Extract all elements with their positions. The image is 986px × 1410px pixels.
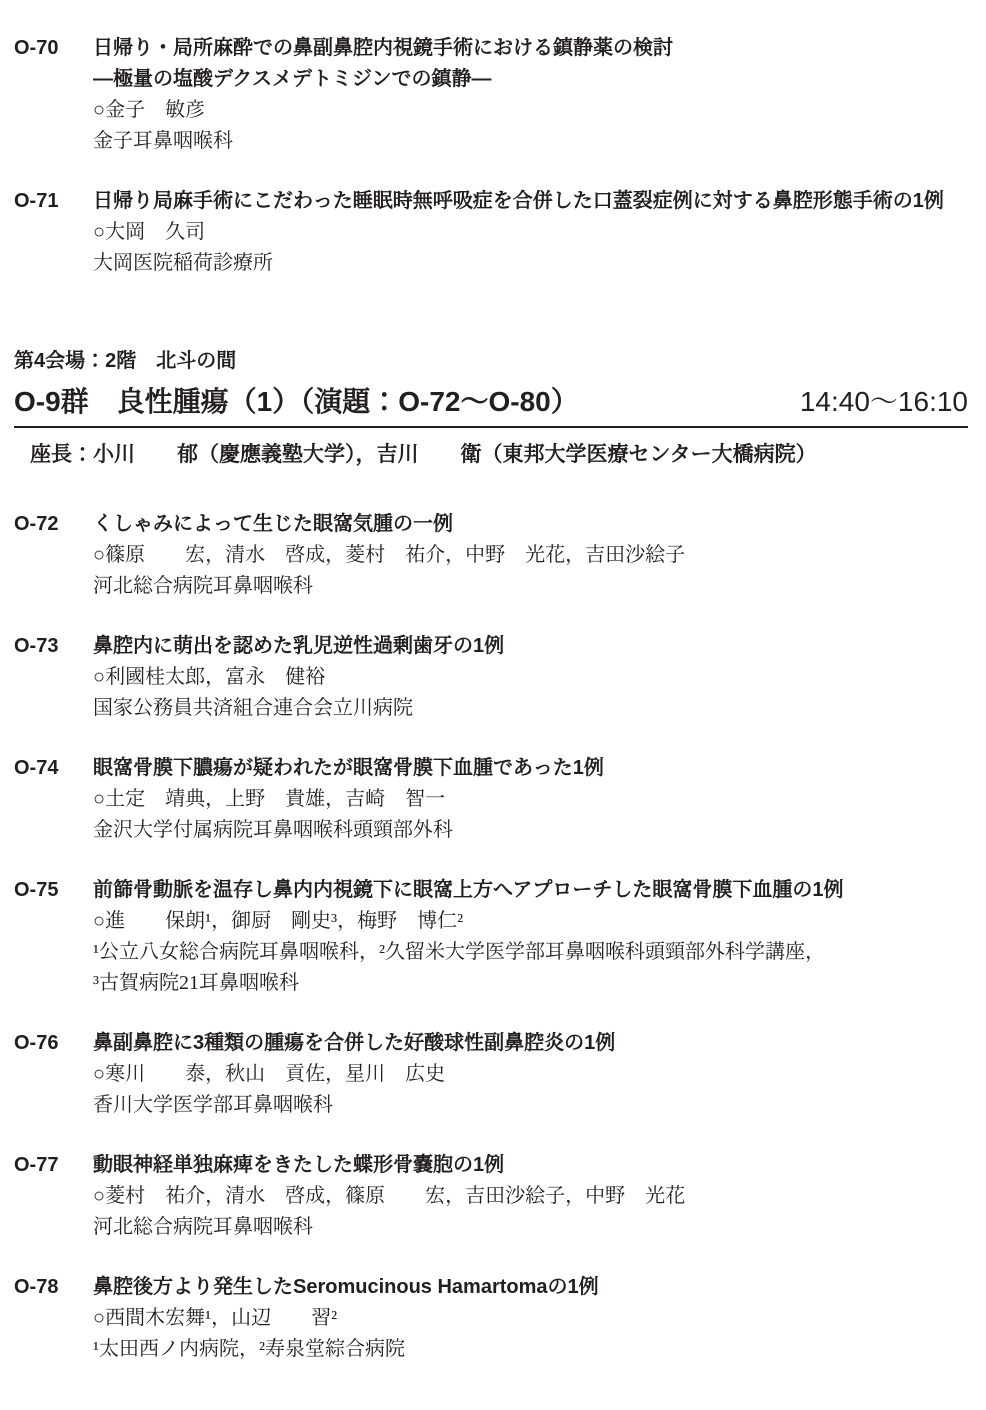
program-entry-o74: O-74 眼窩骨膜下膿瘍が疑われたが眼窩骨膜下血腫であった1例 ○土定 靖典，上… bbox=[14, 753, 968, 846]
entry-number: O-72 bbox=[14, 509, 93, 540]
program-page: O-70 日帰り・局所麻酔での鼻副鼻腔内視鏡手術における鎮静薬の検討 ―極量の塩… bbox=[0, 0, 986, 1410]
entry-affiliation-2: ³古賀病院21耳鼻咽喉科 bbox=[93, 968, 968, 999]
entry-affiliation: 国家公務員共済組合連合会立川病院 bbox=[93, 693, 968, 724]
entry-affiliation: ¹公立八女総合病院耳鼻咽喉科，²久留米大学医学部耳鼻咽喉科頭頸部外科学講座， bbox=[93, 937, 968, 968]
entry-subtitle: ―極量の塩酸デクスメデトミジンでの鎮静― bbox=[93, 64, 968, 95]
program-entry-o71: O-71 日帰り局麻手術にこだわった睡眠時無呼吸症を合併した口蓋裂症例に対する鼻… bbox=[14, 186, 968, 279]
entry-number: O-71 bbox=[14, 186, 93, 217]
entry-number: O-70 bbox=[14, 33, 93, 64]
entry-body: 鼻腔内に萌出を認めた乳児逆性過剰歯牙の1例 ○利國桂太郎，富永 健裕 国家公務員… bbox=[93, 631, 968, 724]
entry-presenters: ○土定 靖典，上野 貴雄，吉崎 智一 bbox=[93, 784, 968, 815]
entry-title: 日帰り・局所麻酔での鼻副鼻腔内視鏡手術における鎮静薬の検討 bbox=[93, 33, 968, 64]
program-entry-o75: O-75 前篩骨動脈を温存し鼻内内視鏡下に眼窩上方へアプローチした眼窩骨膜下血腫… bbox=[14, 875, 968, 999]
entry-number: O-77 bbox=[14, 1150, 93, 1181]
entry-body: 前篩骨動脈を温存し鼻内内視鏡下に眼窩上方へアプローチした眼窩骨膜下血腫の1例 ○… bbox=[93, 875, 968, 999]
entry-number: O-73 bbox=[14, 631, 93, 662]
entry-body: くしゃみによって生じた眼窩気腫の一例 ○篠原 宏，清水 啓成，菱村 祐介，中野 … bbox=[93, 509, 968, 602]
session-title-row: O-9群 良性腫瘍（1）（演題：O-72～O-80） 14:40～16:10 bbox=[14, 386, 968, 418]
entry-title: 日帰り局麻手術にこだわった睡眠時無呼吸症を合併した口蓋裂症例に対する鼻腔形態手術… bbox=[93, 186, 968, 217]
entry-body: 日帰り局麻手術にこだわった睡眠時無呼吸症を合併した口蓋裂症例に対する鼻腔形態手術… bbox=[93, 186, 968, 279]
session-divider bbox=[14, 426, 968, 428]
entry-body: 鼻腔後方より発生したSeromucinous Hamartomaの1例 ○西間木… bbox=[93, 1272, 968, 1365]
entry-number: O-76 bbox=[14, 1028, 93, 1059]
entry-presenters: ○金子 敏彦 bbox=[93, 95, 968, 126]
entry-presenters: ○菱村 祐介，清水 啓成，篠原 宏，吉田沙絵子，中野 光花 bbox=[93, 1181, 968, 1212]
entry-title: 前篩骨動脈を温存し鼻内内視鏡下に眼窩上方へアプローチした眼窩骨膜下血腫の1例 bbox=[93, 875, 968, 906]
entry-presenters: ○進 保朗¹，御厨 剛史³，梅野 博仁² bbox=[93, 906, 968, 937]
entry-presenters: ○利國桂太郎，富永 健裕 bbox=[93, 662, 968, 693]
entry-affiliation: 金沢大学付属病院耳鼻咽喉科頭頸部外科 bbox=[93, 815, 968, 846]
program-entry-o73: O-73 鼻腔内に萌出を認めた乳児逆性過剰歯牙の1例 ○利國桂太郎，富永 健裕 … bbox=[14, 631, 968, 724]
entry-presenters: ○寒川 泰，秋山 貢佐，星川 広史 bbox=[93, 1059, 968, 1090]
entry-body: 日帰り・局所麻酔での鼻副鼻腔内視鏡手術における鎮静薬の検討 ―極量の塩酸デクスメ… bbox=[93, 33, 968, 157]
entry-affiliation: 河北総合病院耳鼻咽喉科 bbox=[93, 1212, 968, 1243]
entry-number: O-75 bbox=[14, 875, 93, 906]
entry-presenters: ○大岡 久司 bbox=[93, 217, 968, 248]
session-header: 第4会場：2階 北斗の間 O-9群 良性腫瘍（1）（演題：O-72～O-80） … bbox=[14, 308, 968, 469]
program-entry-o72: O-72 くしゃみによって生じた眼窩気腫の一例 ○篠原 宏，清水 啓成，菱村 祐… bbox=[14, 509, 968, 602]
entry-affiliation: 金子耳鼻咽喉科 bbox=[93, 126, 968, 157]
entry-presenters: ○西間木宏舞¹，山辺 習² bbox=[93, 1303, 968, 1334]
session-time: 14:40～16:10 bbox=[800, 386, 968, 418]
entry-number: O-74 bbox=[14, 753, 93, 784]
session-title: O-9群 良性腫瘍（1）（演題：O-72～O-80） bbox=[14, 386, 579, 418]
program-entry-o78: O-78 鼻腔後方より発生したSeromucinous Hamartomaの1例… bbox=[14, 1272, 968, 1365]
entry-title: くしゃみによって生じた眼窩気腫の一例 bbox=[93, 509, 968, 540]
entry-body: 動眼神経単独麻痺をきたした蝶形骨嚢胞の1例 ○菱村 祐介，清水 啓成，篠原 宏，… bbox=[93, 1150, 968, 1243]
entry-title: 鼻副鼻腔に3種類の腫瘍を合併した好酸球性副鼻腔炎の1例 bbox=[93, 1028, 968, 1059]
entry-title: 動眼神経単独麻痺をきたした蝶形骨嚢胞の1例 bbox=[93, 1150, 968, 1181]
program-entry-o70: O-70 日帰り・局所麻酔での鼻副鼻腔内視鏡手術における鎮静薬の検討 ―極量の塩… bbox=[14, 33, 968, 157]
entry-affiliation: 大岡医院稲荷診療所 bbox=[93, 248, 968, 279]
session-chairs: 座長：小川 郁（慶應義塾大学），吉川 衛（東邦大学医療センター大橋病院） bbox=[14, 441, 968, 469]
entry-title: 鼻腔後方より発生したSeromucinous Hamartomaの1例 bbox=[93, 1272, 968, 1303]
program-entry-o76: O-76 鼻副鼻腔に3種類の腫瘍を合併した好酸球性副鼻腔炎の1例 ○寒川 泰，秋… bbox=[14, 1028, 968, 1121]
entry-affiliation: ¹太田西ノ内病院，²寿泉堂綜合病院 bbox=[93, 1334, 968, 1365]
entry-title: 眼窩骨膜下膿瘍が疑われたが眼窩骨膜下血腫であった1例 bbox=[93, 753, 968, 784]
entry-number: O-78 bbox=[14, 1272, 93, 1303]
entry-affiliation: 香川大学医学部耳鼻咽喉科 bbox=[93, 1090, 968, 1121]
entry-presenters: ○篠原 宏，清水 啓成，菱村 祐介，中野 光花，吉田沙絵子 bbox=[93, 540, 968, 571]
entry-body: 眼窩骨膜下膿瘍が疑われたが眼窩骨膜下血腫であった1例 ○土定 靖典，上野 貴雄，… bbox=[93, 753, 968, 846]
entry-affiliation: 河北総合病院耳鼻咽喉科 bbox=[93, 571, 968, 602]
program-entry-o77: O-77 動眼神経単独麻痺をきたした蝶形骨嚢胞の1例 ○菱村 祐介，清水 啓成，… bbox=[14, 1150, 968, 1243]
entry-title: 鼻腔内に萌出を認めた乳児逆性過剰歯牙の1例 bbox=[93, 631, 968, 662]
session-venue: 第4会場：2階 北斗の間 bbox=[14, 349, 968, 373]
entry-body: 鼻副鼻腔に3種類の腫瘍を合併した好酸球性副鼻腔炎の1例 ○寒川 泰，秋山 貢佐，… bbox=[93, 1028, 968, 1121]
